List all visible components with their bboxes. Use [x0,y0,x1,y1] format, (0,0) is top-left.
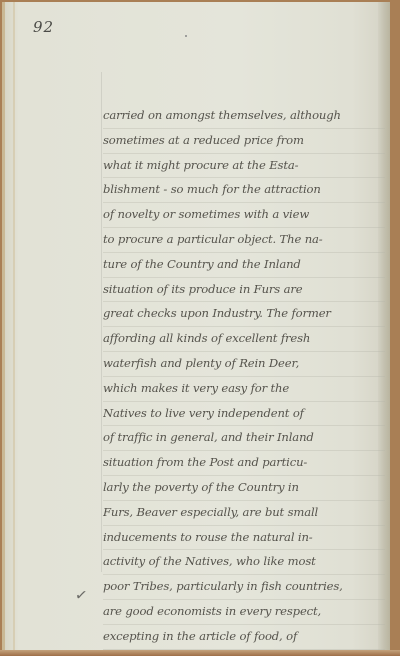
manuscript-page: 92 carried on amongst themselves, althou… [2,2,390,650]
text-line: ture of the Country and the Inland [103,253,385,278]
checkmark-icon: ✓ [74,585,89,605]
text-line: situation of its produce in Furs are [103,278,385,303]
text-line: situation from the Post and particu- [103,451,385,476]
text-line: waterfish and plenty of Rein Deer, [103,352,385,377]
text-line: which makes it very easy for the [103,377,385,402]
text-line: to procure a particular object. The na- [103,228,385,253]
binding-strip [13,2,15,650]
text-line: are good economists in every respect, [103,600,385,625]
text-line: poor Tribes, particularly in fish countr… [103,575,385,600]
text-line: what it might procure at the Esta- [103,154,385,179]
text-line: sometimes at a reduced price from [103,129,385,154]
page-number: 92 [33,18,54,36]
text-line: inducements to rouse the natural in- [103,526,385,551]
text-line: affording all kinds of excellent fresh [103,327,385,352]
text-line: Natives to live very independent of [103,402,385,427]
text-line: of novelty or sometimes with a view [103,203,385,228]
text-line: of traffic in general, and their Inland [103,426,385,451]
margin-rule [101,72,102,572]
ink-speck [185,35,187,37]
book-bottom-edge [0,650,400,656]
text-line: larly the poverty of the Country in [103,476,385,501]
handwritten-text-block: carried on amongst themselves, although … [103,104,385,650]
text-line: blishment - so much for the attraction [103,178,385,203]
text-line: excepting in the article of food, of [103,625,385,650]
text-line: great checks upon Industry. The former [103,302,385,327]
text-line: carried on amongst themselves, although [103,104,385,129]
text-line: activity of the Natives, who like most [103,550,385,575]
text-line: Furs, Beaver especially, are but small [103,501,385,526]
manuscript-scan: 92 carried on amongst themselves, althou… [0,0,400,656]
